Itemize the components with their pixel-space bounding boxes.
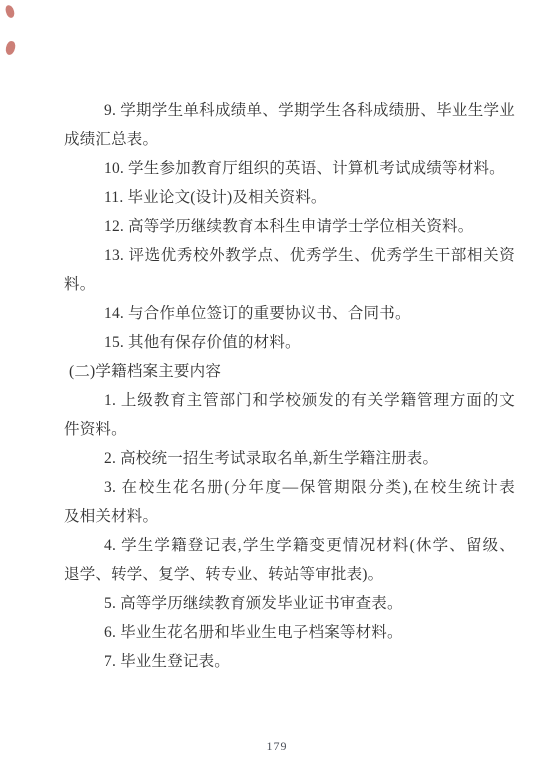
text-line: 及相关材料。 bbox=[64, 502, 515, 531]
text-line: 退学、转学、复学、转专业、转站等审批表)。 bbox=[64, 560, 515, 589]
red-ink-mark bbox=[5, 40, 16, 55]
text-line: 14. 与合作单位签订的重要协议书、合同书。 bbox=[64, 299, 515, 328]
page-footer: 179 bbox=[0, 737, 554, 755]
text-line: 10. 学生参加教育厅组织的英语、计算机考试成绩等材料。 bbox=[64, 154, 515, 183]
text-line: 13. 评选优秀校外教学点、优秀学生、优秀学生干部相关资 bbox=[64, 241, 515, 270]
red-ink-mark bbox=[5, 4, 16, 19]
section-heading: (二)学籍档案主要内容 bbox=[64, 357, 515, 386]
text-line: 4. 学生学籍登记表,学生学籍变更情况材料(休学、留级、 bbox=[64, 531, 515, 560]
text-line: 7. 毕业生登记表。 bbox=[64, 647, 515, 676]
document-body: 9. 学期学生单科成绩单、学期学生各科成绩册、毕业生学业 成绩汇总表。 10. … bbox=[64, 96, 515, 676]
text-line: 2. 高校统一招生考试录取名单,新生学籍注册表。 bbox=[64, 444, 515, 473]
page-number: 179 bbox=[267, 739, 288, 753]
text-line: 12. 高等学历继续教育本科生申请学士学位相关资料。 bbox=[64, 212, 515, 241]
text-line: 3. 在校生花名册(分年度—保管期限分类),在校生统计表 bbox=[64, 473, 515, 502]
text-line: 15. 其他有保存价值的材料。 bbox=[64, 328, 515, 357]
text-line: 11. 毕业论文(设计)及相关资料。 bbox=[64, 183, 515, 212]
text-line: 5. 高等学历继续教育颁发毕业证书审查表。 bbox=[64, 589, 515, 618]
text-line: 料。 bbox=[64, 270, 515, 299]
text-line: 成绩汇总表。 bbox=[64, 125, 515, 154]
text-line: 9. 学期学生单科成绩单、学期学生各科成绩册、毕业生学业 bbox=[64, 96, 515, 125]
text-line: 件资料。 bbox=[64, 415, 515, 444]
document-page: 9. 学期学生单科成绩单、学期学生各科成绩册、毕业生学业 成绩汇总表。 10. … bbox=[0, 0, 554, 783]
text-line: 6. 毕业生花名册和毕业生电子档案等材料。 bbox=[64, 618, 515, 647]
text-line: 1. 上级教育主管部门和学校颁发的有关学籍管理方面的文 bbox=[64, 386, 515, 415]
